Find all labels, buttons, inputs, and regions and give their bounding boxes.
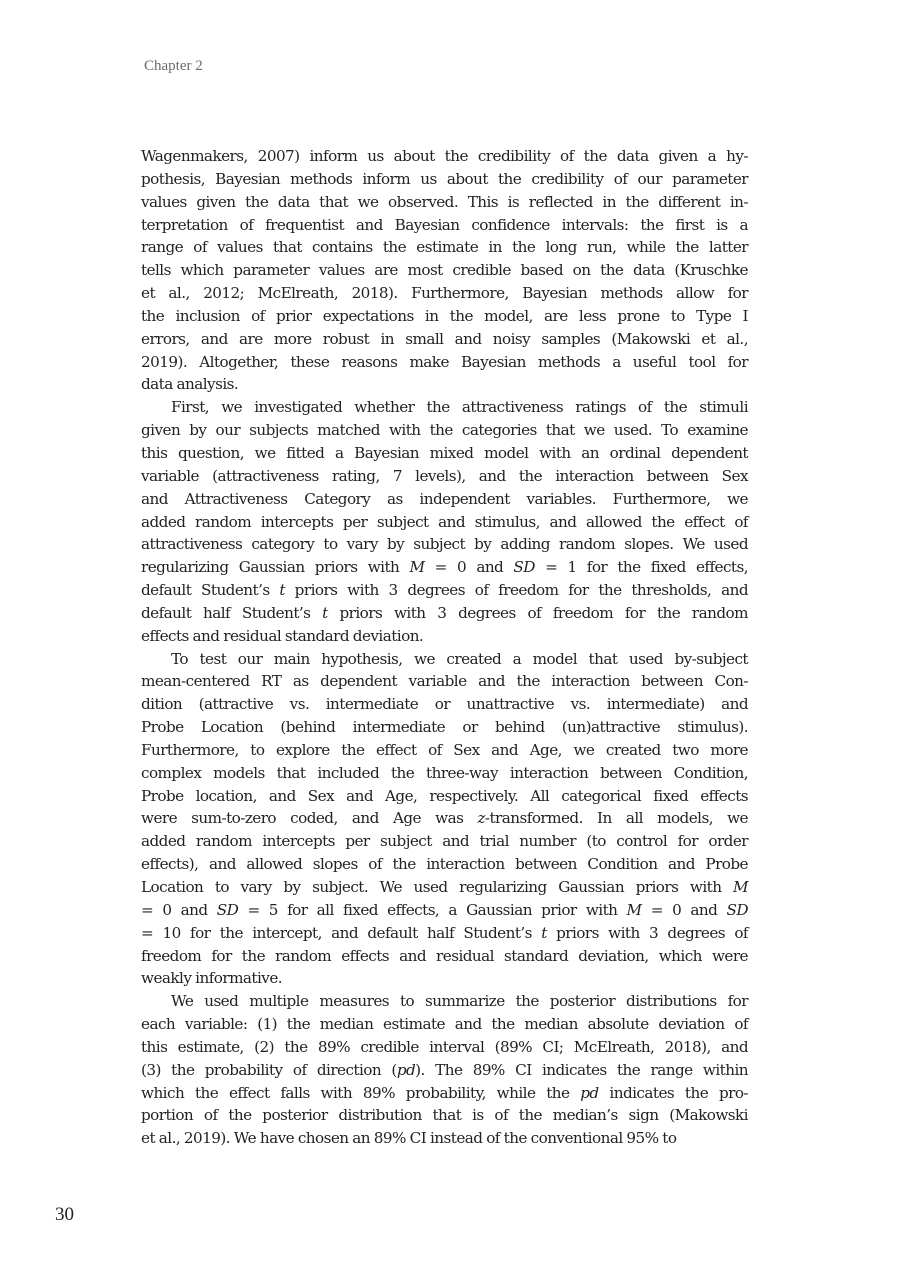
text-line: = 0 and SD = 5 for all fixed effects, a … (141, 899, 748, 922)
text-line: added random intercepts per subject and … (141, 830, 748, 853)
text-line: We used multiple measures to summarize t… (141, 990, 748, 1013)
text-line: Probe location, and Sex and Age, respect… (141, 785, 748, 808)
text-line: = 10 for the intercept, and default half… (141, 922, 748, 945)
text-line: were sum-to-zero coded, and Age was z-tr… (141, 807, 748, 830)
text-line: this estimate, (2) the 89% credible inte… (141, 1036, 748, 1059)
page-number: 30 (55, 1204, 74, 1226)
paragraph: First, we investigated whether the attra… (141, 396, 748, 647)
text-line: et al., 2019). We have chosen an 89% CI … (141, 1127, 748, 1150)
paragraph: To test our main hypothesis, we created … (141, 648, 748, 991)
text-line: regularizing Gaussian priors with M = 0 … (141, 556, 748, 579)
text-line: Probe Location (behind intermediate or b… (141, 716, 748, 739)
text-line: et al., 2012; McElreath, 2018). Furtherm… (141, 282, 748, 305)
text-line: Furthermore, to explore the effect of Se… (141, 739, 748, 762)
text-line: the inclusion of prior expectations in t… (141, 305, 748, 328)
text-line: pothesis, Bayesian methods inform us abo… (141, 168, 748, 191)
text-line: effects), and allowed slopes of the inte… (141, 853, 748, 876)
text-line: To test our main hypothesis, we created … (141, 648, 748, 671)
text-line: (3) the probability of direction (pd). T… (141, 1059, 748, 1082)
paragraph: We used multiple measures to summarize t… (141, 990, 748, 1150)
text-line: Location to vary by subject. We used reg… (141, 876, 748, 899)
text-line: this question, we fitted a Bayesian mixe… (141, 442, 748, 465)
text-line: First, we investigated whether the attra… (141, 396, 748, 419)
text-line: Wagenmakers, 2007) inform us about the c… (141, 145, 748, 168)
text-line: and Attractiveness Category as independe… (141, 488, 748, 511)
text-line: which the effect falls with 89% probabil… (141, 1082, 748, 1105)
text-line: given by our subjects matched with the c… (141, 419, 748, 442)
text-line: mean-centered RT as dependent variable a… (141, 670, 748, 693)
body-text: Wagenmakers, 2007) inform us about the c… (141, 145, 748, 1150)
text-line: data analysis. (141, 373, 748, 396)
text-line: terpretation of frequentist and Bayesian… (141, 214, 748, 237)
text-line: tells which parameter values are most cr… (141, 259, 748, 282)
text-line: variable (attractiveness rating, 7 level… (141, 465, 748, 488)
text-line: errors, and are more robust in small and… (141, 328, 748, 351)
text-line: values given the data that we observed. … (141, 191, 748, 214)
text-line: range of values that contains the estima… (141, 236, 748, 259)
text-line: default Student’s t priors with 3 degree… (141, 579, 748, 602)
text-line: attractiveness category to vary by subje… (141, 533, 748, 556)
running-head: Chapter 2 (144, 58, 203, 75)
text-line: portion of the posterior distribution th… (141, 1104, 748, 1127)
text-line: complex models that included the three-w… (141, 762, 748, 785)
text-line: each variable: (1) the median estimate a… (141, 1013, 748, 1036)
paragraph: Wagenmakers, 2007) inform us about the c… (141, 145, 748, 396)
text-line: freedom for the random effects and resid… (141, 945, 748, 968)
text-line: effects and residual standard deviation. (141, 625, 748, 648)
text-line: added random intercepts per subject and … (141, 511, 748, 534)
text-line: dition (attractive vs. intermediate or u… (141, 693, 748, 716)
text-line: default half Student’s t priors with 3 d… (141, 602, 748, 625)
text-line: 2019). Altogether, these reasons make Ba… (141, 351, 748, 374)
text-line: weakly informative. (141, 967, 748, 990)
